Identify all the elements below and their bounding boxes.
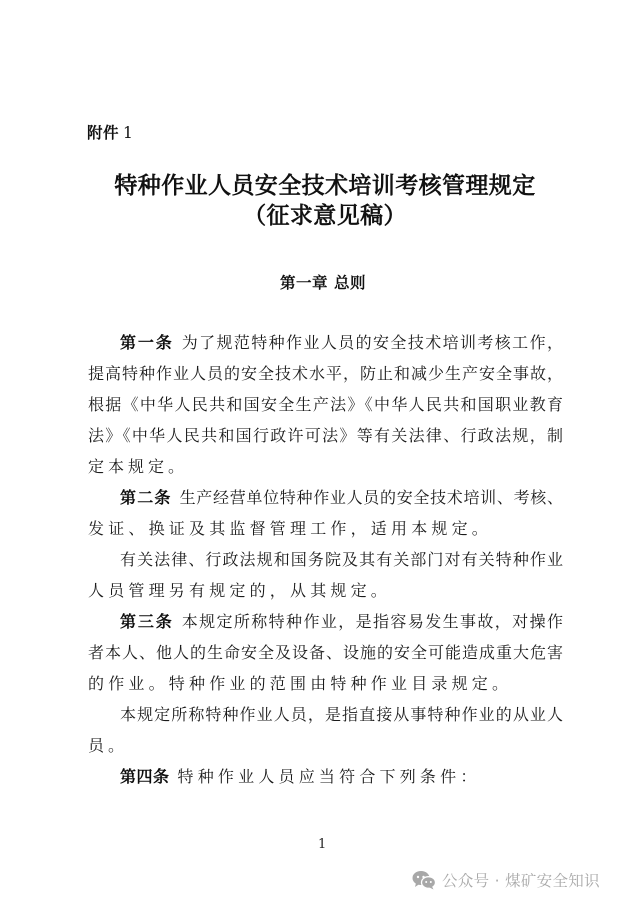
article-1-line-3: 根据《中华人民共和国安全生产法》《中华人民共和国职业教育 [88, 394, 563, 416]
article-1-heading: 第一条 [120, 333, 174, 352]
article-1-line-4: 法》《中华人民共和国行政许可法》等有关法律、行政法规，制 [88, 425, 563, 447]
watermark-text: 公众号 · 煤矿安全知识 [442, 869, 600, 891]
article-4-text: 特种作业人员应当符合下列条件： [178, 767, 481, 786]
chapter-heading: 第一章 总则 [0, 271, 640, 293]
article-3-line-2: 者本人、他人的生命安全及设备、设施的安全可能造成重大危害 [88, 642, 563, 664]
article-3-heading: 第三条 [120, 612, 174, 631]
article-1-line-1: 第一条为了规范特种作业人员的安全技术培训考核工作， [120, 332, 563, 354]
attachment-label-text: 附件 [87, 124, 119, 142]
article-4-heading: 第四条 [120, 767, 170, 786]
wechat-icon [412, 870, 436, 890]
attachment-number: 1 [123, 124, 133, 142]
article-1-line-5: 定本规定。 [88, 456, 563, 478]
attachment-label: 附件1 [87, 121, 133, 143]
article-3-text: 本规定所称特种作业，是指容易发生事故，对操作 [182, 612, 563, 631]
article-2-heading: 第二条 [120, 488, 172, 507]
article-2-line-2: 发证、换证及其监督管理工作，适用本规定。 [88, 518, 563, 540]
wechat-watermark: 公众号 · 煤矿安全知识 [412, 869, 600, 891]
document-page: 附件1 特种作业人员安全技术培训考核管理规定 （征求意见稿） 第一章 总则 第一… [0, 0, 640, 905]
article-2-para-2-line-2: 人员管理另有规定的，从其规定。 [88, 580, 563, 602]
article-3-para-2-line-1: 本规定所称特种作业人员，是指直接从事特种作业的从业人 [120, 704, 563, 726]
article-4-line-1: 第四条特种作业人员应当符合下列条件： [120, 766, 563, 788]
article-1-line-2: 提高特种作业人员的安全技术水平，防止和减少生产安全事故， [88, 363, 563, 385]
article-2-line-1: 第二条生产经营单位特种作业人员的安全技术培训、考核、 [120, 487, 563, 509]
article-2-para-2-line-1: 有关法律、行政法规和国务院及其有关部门对有关特种作业 [120, 549, 563, 571]
article-3-line-1: 第三条本规定所称特种作业，是指容易发生事故，对操作 [120, 611, 563, 633]
document-subtitle: （征求意见稿） [60, 201, 590, 231]
article-3-para-2-line-2: 员。 [88, 735, 563, 757]
document-title: 特种作业人员安全技术培训考核管理规定 [60, 171, 590, 201]
article-2-text: 生产经营单位特种作业人员的安全技术培训、考核、 [180, 488, 563, 507]
page-number: 1 [318, 837, 326, 852]
article-3-line-3: 的作业。特种作业的范围由特种作业目录规定。 [88, 673, 563, 695]
article-1-text: 为了规范特种作业人员的安全技术培训考核工作， [182, 333, 563, 352]
